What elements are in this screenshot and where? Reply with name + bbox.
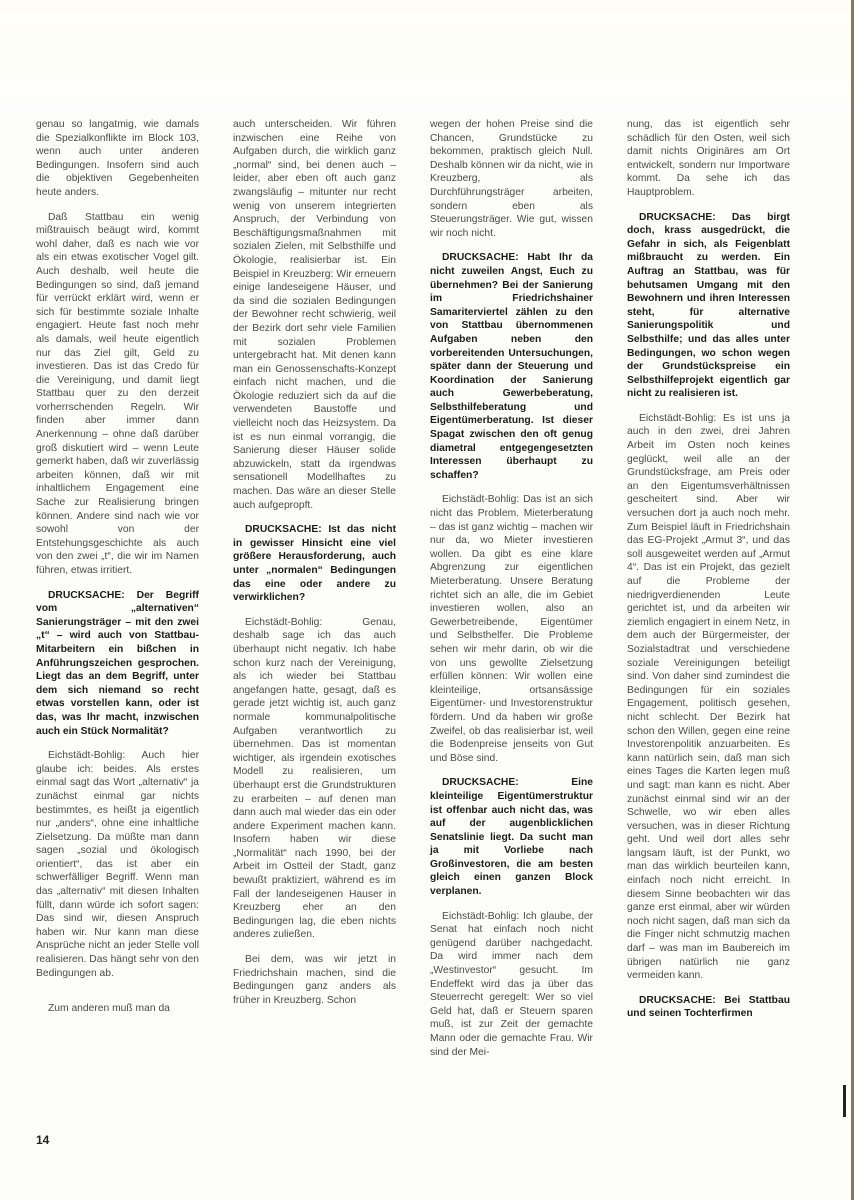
faded-header-area xyxy=(0,0,851,112)
column-1: genau so langatmig, wie damals die Spezi… xyxy=(36,118,199,1138)
paragraph: nung, das ist eigentlich sehr schädlich … xyxy=(627,118,790,200)
interview-question: DRUCKSACHE: Bei Stattbau und seinen Toch… xyxy=(627,994,790,1021)
paragraph: Bei dem, was wir jetzt in Friedrichshain… xyxy=(233,953,396,1007)
paragraph: wegen der hohen Preise sind die Chancen,… xyxy=(430,118,593,240)
margin-marker-bar xyxy=(843,1085,846,1117)
paragraph: genau so langatmig, wie damals die Spezi… xyxy=(36,118,199,200)
interview-answer: Eichstädt-Bohlig: Ich glaube, der Senat … xyxy=(430,910,593,1060)
page-number: 14 xyxy=(36,1133,49,1147)
column-3: wegen der hohen Preise sind die Chancen,… xyxy=(430,118,593,1138)
paragraph: auch unterscheiden. Wir führen inzwische… xyxy=(233,118,396,512)
interview-answer: Eichstädt-Bohlig: Es ist uns ja auch in … xyxy=(627,412,790,983)
interview-answer: Eichstädt-Bohlig: Auch hier glaube ich: … xyxy=(36,749,199,980)
interview-question: DRUCKSACHE: Ist das nicht in gewisser Hi… xyxy=(233,523,396,605)
paragraph: Zum anderen muß man da xyxy=(36,1002,199,1016)
interview-question: DRUCKSACHE: Habt Ihr da nicht zuweilen A… xyxy=(430,251,593,482)
interview-question: DRUCKSACHE: Eine kleinteilige Eigentümer… xyxy=(430,776,593,898)
interview-question: DRUCKSACHE: Der Begriff vom „alternative… xyxy=(36,589,199,739)
interview-answer: Eichstädt-Bohlig: Genau, deshalb sage ic… xyxy=(233,616,396,942)
article-body: genau so langatmig, wie damals die Spezi… xyxy=(36,118,798,1138)
interview-answer: Eichstädt-Bohlig: Das ist an sich nicht … xyxy=(430,493,593,765)
interview-question: DRUCKSACHE: Das birgt doch, krass ausged… xyxy=(627,211,790,401)
column-4: nung, das ist eigentlich sehr schädlich … xyxy=(627,118,790,1138)
column-2: auch unterscheiden. Wir führen inzwische… xyxy=(233,118,396,1138)
paragraph: Daß Stattbau ein wenig mißtrauisch beäug… xyxy=(36,211,199,578)
